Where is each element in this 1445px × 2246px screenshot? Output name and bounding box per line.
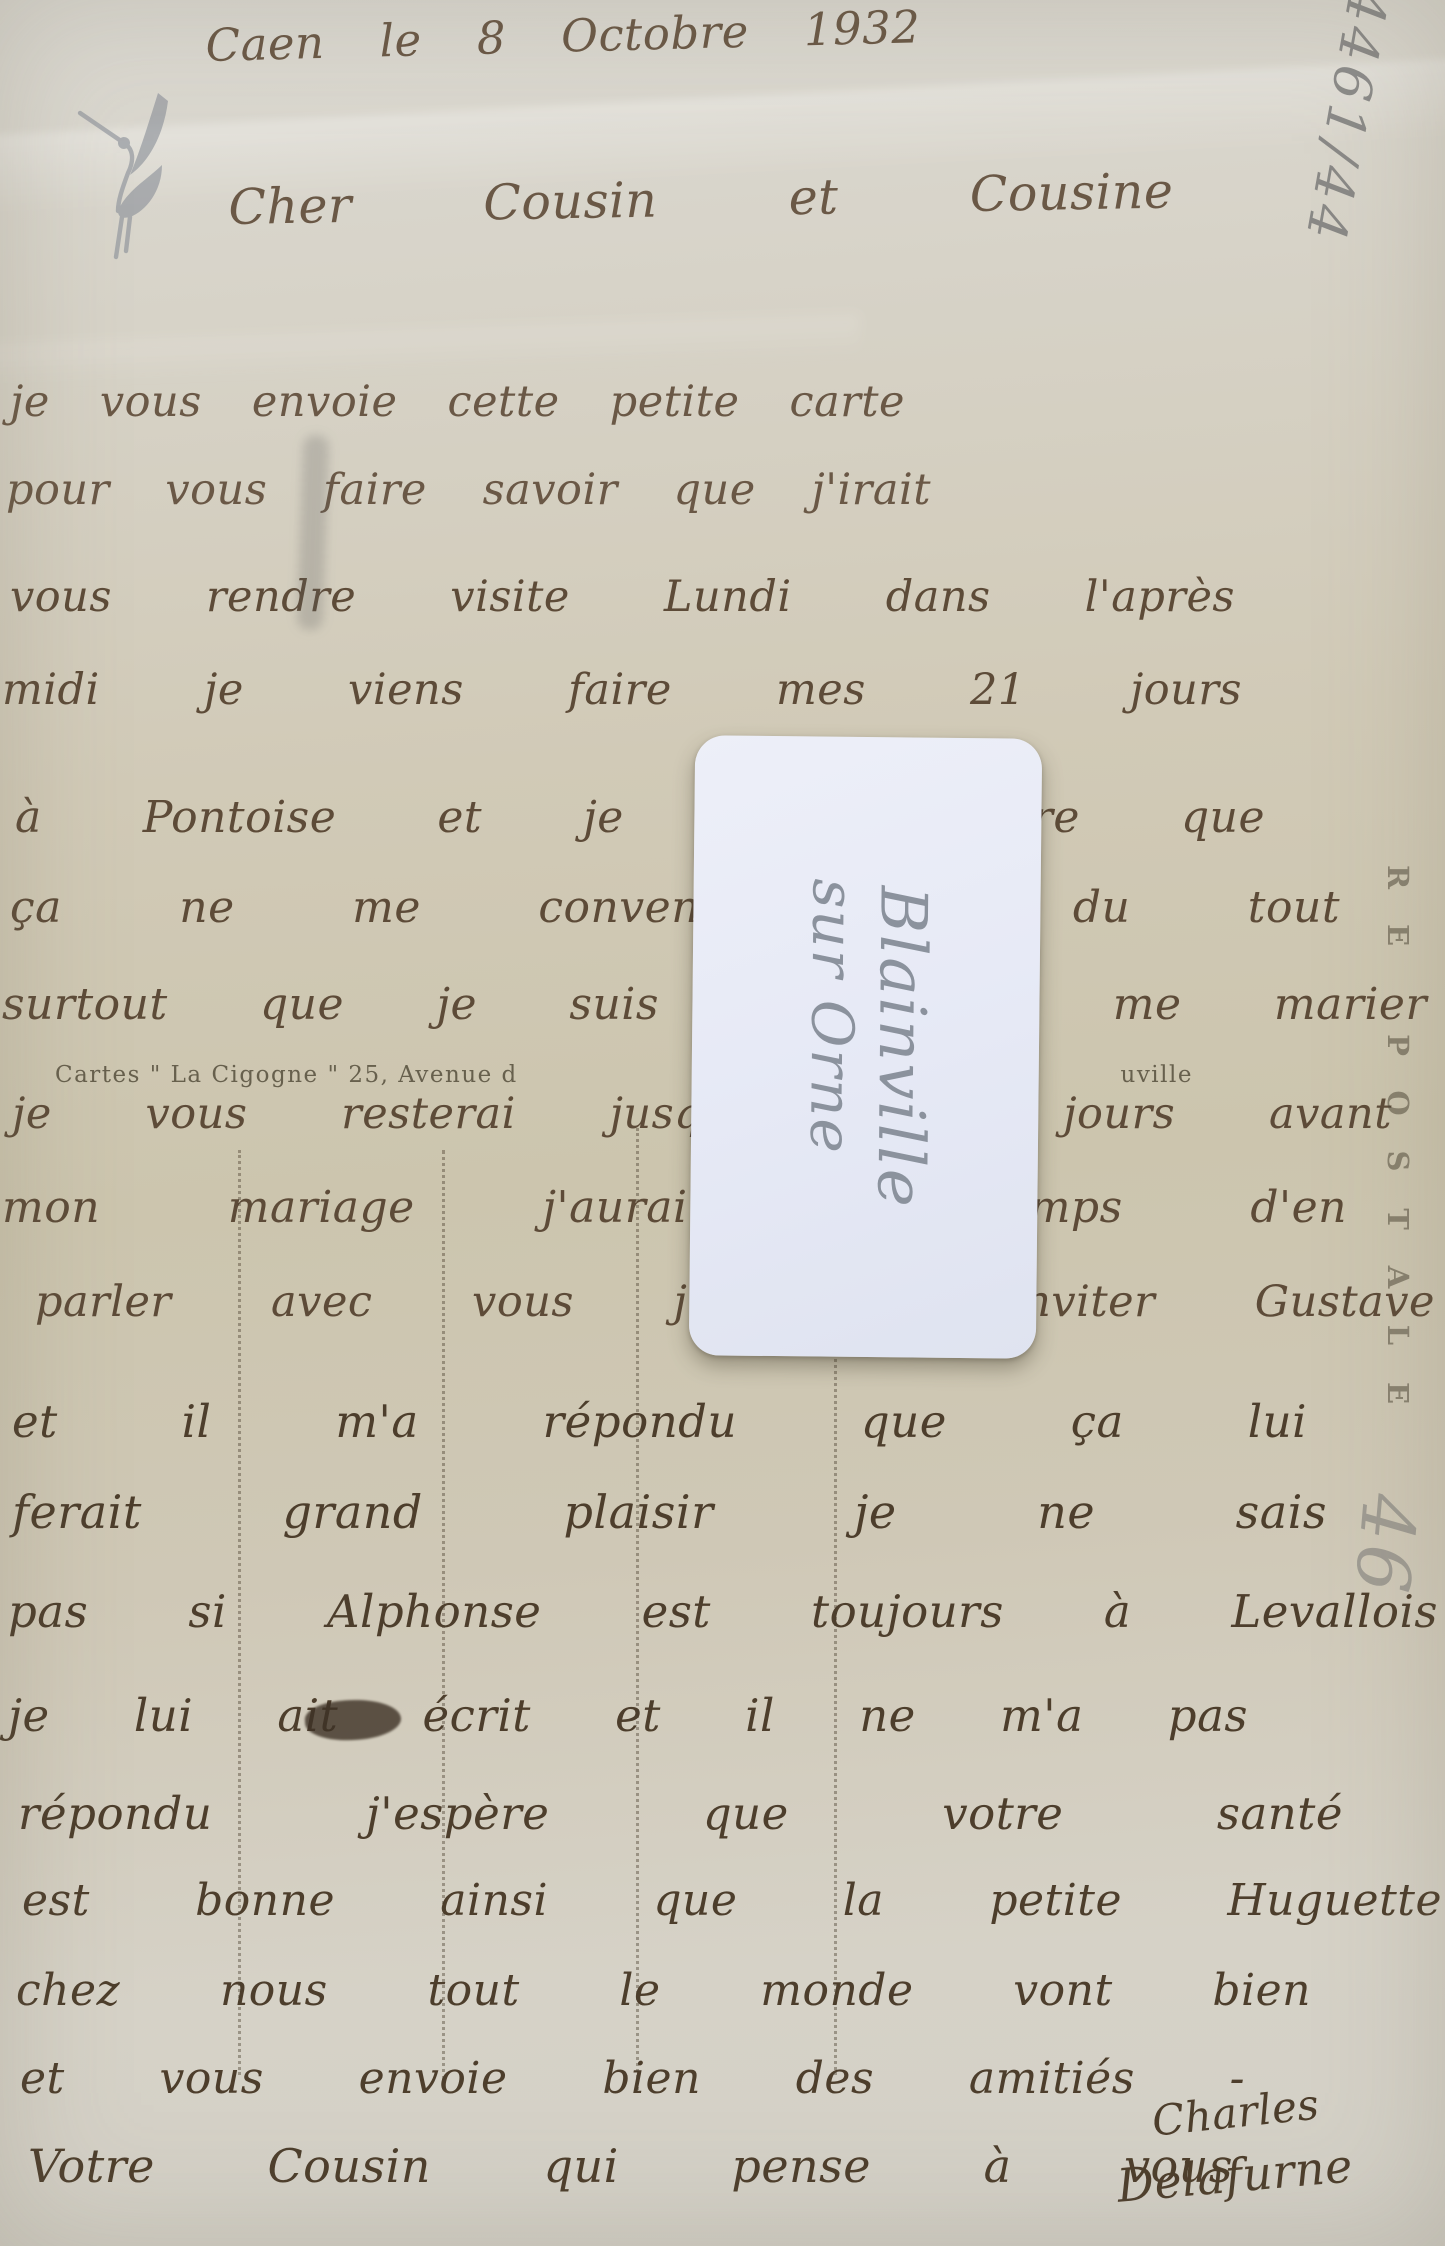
date-line: Caen le 8 Octobre 1932 [205, 3, 921, 69]
printed-dotted-divider [636, 1128, 639, 2090]
letter-line: je vous envoie cette petite carte [10, 380, 905, 425]
letter-line: ça ne me convenait pas du tout [10, 885, 1340, 931]
carte-postale-letter: L [1357, 1315, 1415, 1355]
letter-line: je lui ait écrit et il ne m'a pas [8, 1692, 1248, 1739]
printed-publisher-left: Cartes " La Cigogne " 25, Avenue d [55, 1062, 518, 1088]
carte-postale-letter: A [1357, 1257, 1415, 1297]
letter-line: chez nous tout le monde vont bien [16, 1968, 1311, 2014]
letter-line: répondu j'espère que votre santé [18, 1790, 1343, 1837]
printed-publisher-right: uville [1121, 1062, 1194, 1088]
letter-line: pas si Alphonse est toujours à Levallois [8, 1588, 1438, 1635]
letter-line: est bonne ainsi que la petite Huguette [22, 1878, 1442, 1924]
letter-line: mon mariage j'aurai le temps d'en [2, 1185, 1347, 1231]
letter-line: ferait grand plaisir je ne sais [12, 1488, 1327, 1536]
carte-postale-letter: T [1357, 1199, 1415, 1239]
salutation-line: Cher Cousin et Cousine [228, 166, 1174, 234]
sticker-text: Blainville sur Orne [792, 746, 938, 1347]
carte-postale-letter: R [1357, 857, 1415, 897]
sticker-line: Blainville [862, 747, 939, 1348]
paper-crease [0, 314, 860, 385]
carte-postale-letter: E [1357, 1373, 1415, 1413]
carte-postale-letter: E [1357, 915, 1415, 955]
letter-line: à Pontoise et je vous assure que [15, 795, 1265, 841]
letter-line: vous rendre visite Lundi dans l'après [10, 575, 1235, 620]
stork-icon [70, 85, 190, 275]
closing-line: Votre Cousin qui pense à vous [28, 2142, 1233, 2190]
letter-line: midi je viens faire mes 21 jours [2, 668, 1242, 713]
printed-dotted-divider [238, 1150, 241, 2075]
pencil-annotation-mid-right: 46 [1337, 1491, 1432, 1600]
sticker-line: sur Orne [792, 746, 868, 1347]
carte-postale-letter: P [1357, 1025, 1415, 1065]
paper-sticker: Blainville sur Orne [689, 735, 1042, 1359]
printed-dotted-divider [442, 1150, 445, 2080]
carte-postale-letter: O [1357, 1083, 1415, 1123]
postcard-photo: { "letter": { "date_line": "Caen le 8 Oc… [0, 0, 1445, 2246]
carte-postale-letter: S [1357, 1141, 1415, 1181]
carte-postale-letter [1360, 970, 1412, 1010]
carte-postale-vertical-text: REPOSTALE [1366, 848, 1406, 1422]
letter-line: et il m'a répondu que ça lui [12, 1398, 1307, 1445]
letter-line: et vous envoie bien des amitiés - [20, 2056, 1245, 2102]
letter-line: pour vous faire savoir que j'irait [6, 468, 931, 513]
